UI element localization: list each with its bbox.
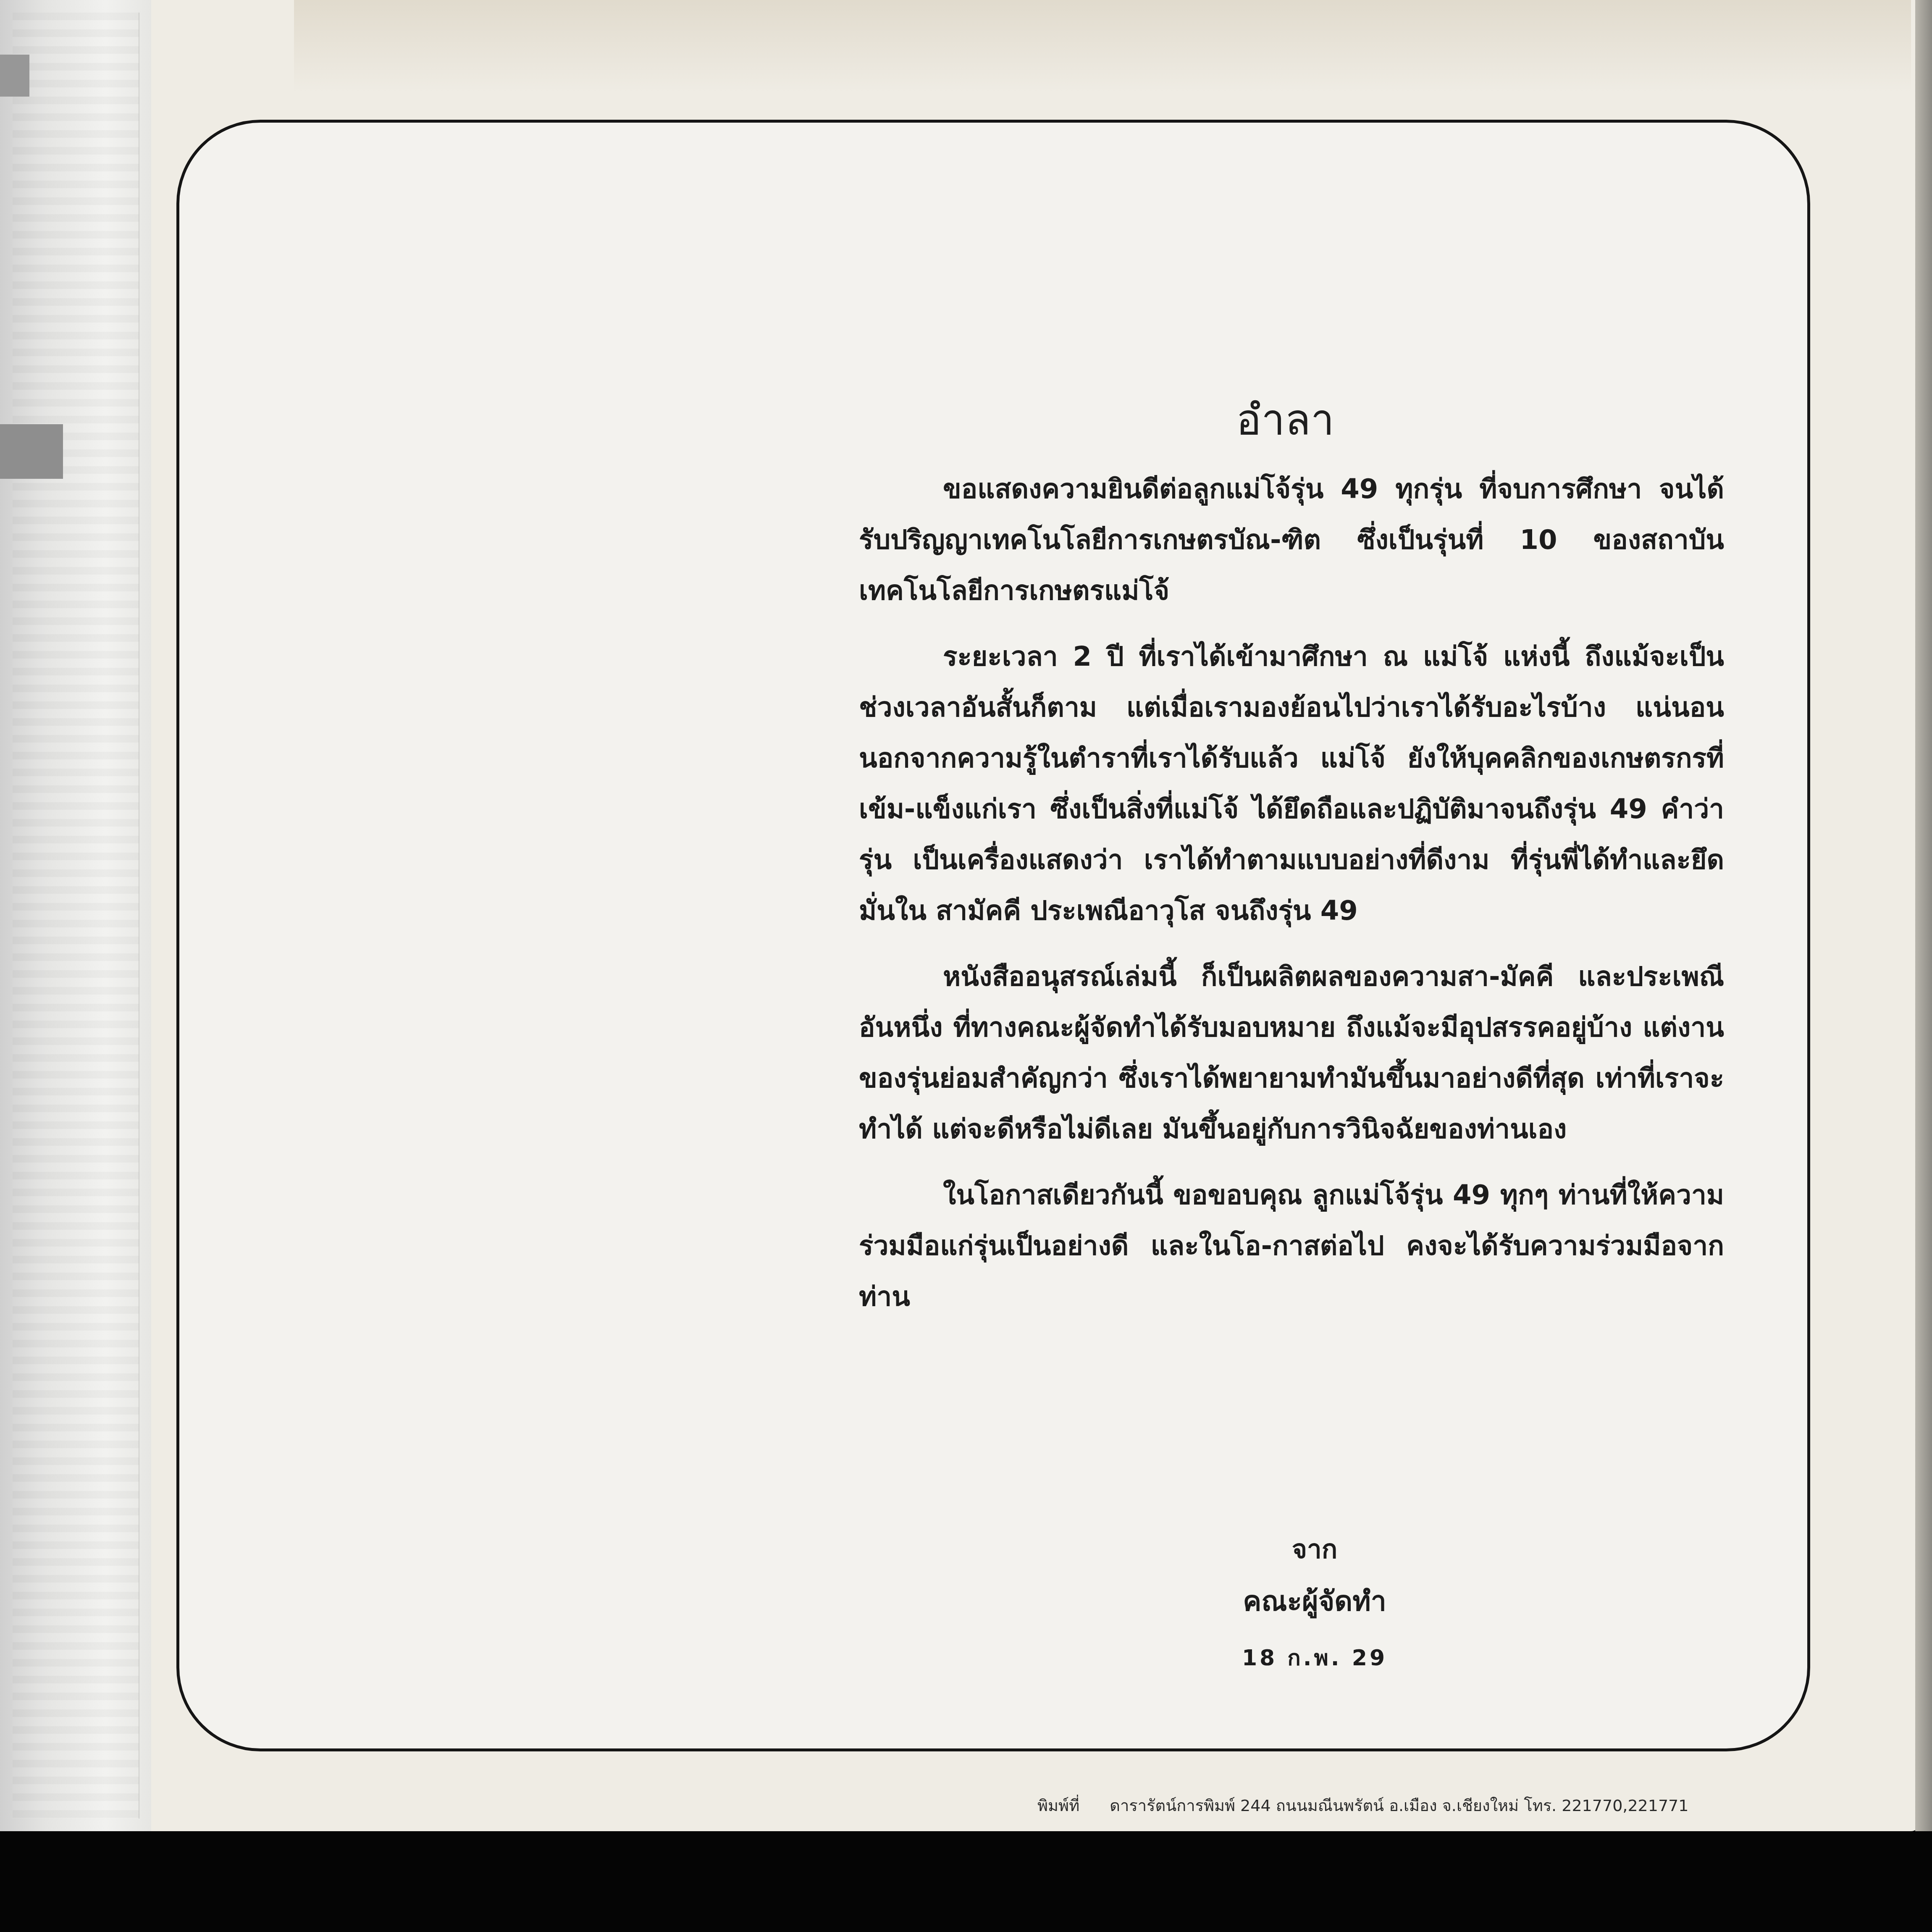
farewell-letter-body: ขอแสดงความยินดีต่อลูกแม่โจ้รุ่น 49 ทุกรุ… [859,464,1724,1338]
paper-stain [294,0,1911,92]
page-right-edge [1915,0,1932,1831]
signature-date: 18 ก.พ. 29 [1168,1640,1462,1675]
paragraph-congratulations: ขอแสดงความยินดีต่อลูกแม่โจ้รุ่น 49 ทุกรุ… [859,464,1724,617]
binding-strip [0,0,151,1831]
printer-credit: พิมพ์ที่ ดารารัตน์การพิมพ์ 244 ถนนมณีนพร… [1037,1793,1726,1818]
paragraph-thanks: ในโอกาสเดียวกันนี้ ขอขอบคุณ ลูกแม่โจ้รุ่… [859,1170,1724,1323]
paragraph-memorial-book: หนังสืออนุสรณ์เล่มนี้ ก็เป็นผลิตผลของควา… [859,952,1724,1155]
printer-info: ดารารัตน์การพิมพ์ 244 ถนนมณีนพรัตน์ อ.เม… [1110,1796,1688,1815]
binding-tape [13,13,139,1819]
printer-label: พิมพ์ที่ [1037,1796,1079,1815]
binding-clip [0,424,63,479]
binding-clip-top [0,55,29,97]
signature-committee: คณะผู้จัดทำ [1168,1579,1462,1623]
scanned-page: อำลา ขอแสดงความยินดีต่อลูกแม่โจ้รุ่น 49 … [0,0,1919,1831]
paragraph-two-years: ระยะเวลา 2 ปี ที่เราได้เข้ามาศึกษา ณ แม่… [859,632,1724,937]
signature-from: จาก [1168,1529,1462,1570]
page-title: อำลา [1176,386,1394,453]
